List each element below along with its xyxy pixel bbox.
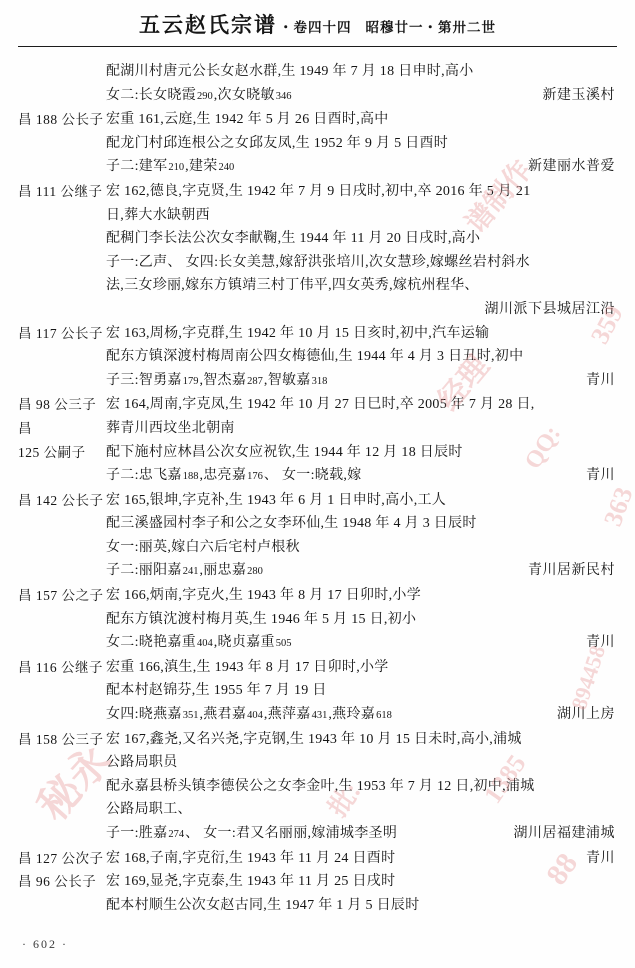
- entry-line-text: 子二:建军210,建荣240: [106, 155, 235, 180]
- entry-line-text: 宏 165,银坤,字克补,生 1943 年 6 月 1 日申时,高小,工人: [106, 489, 446, 513]
- entry-line: 葬青川西坟坐北朝南: [106, 417, 615, 441]
- generation-number: 404: [196, 638, 214, 649]
- generation-number: 351: [182, 710, 200, 721]
- entry-line-text: 宏 166,炳南,字克火,生 1943 年 8 月 17 日卯时,小学: [106, 584, 421, 608]
- entry-line: 配龙门村邱连根公之女邱友凤,生 1952 年 9 月 5 日酉时: [106, 132, 615, 156]
- genealogy-entry: 昌 127 公次子宏 168,子南,字克衍,生 1943 年 11 月 24 日…: [18, 847, 615, 871]
- entry-line-text: 配永嘉县桥头镇李德侯公之女李金叶,生 1953 年 7 月 12 日,初中,浦城: [106, 775, 535, 799]
- generation-number: 179: [182, 376, 200, 387]
- entry-father-label: 昌 111 公继子: [18, 180, 106, 322]
- entry-lines: 配湖川村唐元公长女赵水群,生 1949 年 7 月 18 日申时,高小女二:长女…: [106, 60, 615, 108]
- entry-line-text: 宏 167,鑫尧,又名兴尧,字克钢,生 1943 年 10 月 15 日未时,高…: [106, 728, 522, 752]
- entry-father-label: 昌 96 公长子: [18, 870, 106, 917]
- entry-line: 配东方镇深渡村梅周南公四女梅德仙,生 1944 年 4 月 3 日丑时,初中: [106, 345, 615, 369]
- entry-line-text: 宏 164,周南,字克凤,生 1942 年 10 月 27 日巳时,卒 2005…: [106, 393, 535, 417]
- residence-label: 新建丽水普爱: [528, 155, 615, 180]
- residence-label: 湖川居福建浦城: [514, 822, 616, 847]
- entry-father-label: 昌 158 公三子: [18, 728, 106, 847]
- residence-label: 青川居新民村: [528, 559, 615, 584]
- generation-number: 210: [167, 162, 185, 173]
- entry-lines: 宏 164,周南,字克凤,生 1942 年 10 月 27 日巳时,卒 2005…: [106, 393, 615, 488]
- genealogy-entry: 昌 157 公之子宏 166,炳南,字克火,生 1943 年 8 月 17 日卯…: [18, 584, 615, 656]
- genealogy-entry: 昌 142 公长子宏 165,银坤,字克补,生 1943 年 6 月 1 日申时…: [18, 489, 615, 584]
- entry-line: 配本村顺生公次女赵古同,生 1947 年 1 月 5 日辰时: [106, 894, 615, 918]
- residence-label: 青川: [586, 369, 615, 394]
- entry-line-text: 子二:丽阳嘉241,丽忠嘉280: [106, 559, 264, 584]
- entry-father-label: 昌 117 公长子: [18, 322, 106, 394]
- entry-line-text: 子一:胜嘉274、 女一:君又名丽丽,嫁浦城李圣明: [106, 822, 397, 847]
- entry-line-text: 配东方镇沈渡村梅月英,生 1946 年 5 月 15 日,初小: [106, 608, 416, 632]
- entry-line-text: 日,葬大水缺朝西: [106, 204, 210, 228]
- genealogy-entry: 昌 188 公长子宏重 161,云庭,生 1942 年 5 月 26 日酉时,高…: [18, 108, 615, 180]
- generation-number: 618: [375, 710, 393, 721]
- entry-line-text: 配龙门村邱连根公之女邱友凤,生 1952 年 9 月 5 日酉时: [106, 132, 448, 156]
- entry-lines: 宏 163,周杨,字克群,生 1942 年 10 月 15 日亥时,初中,汽车运…: [106, 322, 615, 394]
- entry-lines: 宏 168,子南,字克衍,生 1943 年 11 月 24 日酉时青川: [106, 847, 615, 871]
- entry-line: 公路局职工、: [106, 798, 615, 822]
- generation-number: 274: [167, 829, 185, 840]
- entry-line-text: 子二:忠飞嘉188,忠亮嘉176、 女一:晓载,嫁: [106, 464, 362, 489]
- entry-line: 宏 167,鑫尧,又名兴尧,字克钢,生 1943 年 10 月 15 日未时,高…: [106, 728, 615, 752]
- entry-line-text: 宏 168,子南,字克衍,生 1943 年 11 月 24 日酉时: [106, 847, 395, 871]
- residence-label: 新建玉溪村: [543, 84, 616, 109]
- entry-line: 公路局职员: [106, 751, 615, 775]
- residence-label: 湖川派下县城居江沿: [485, 298, 616, 322]
- genealogy-entry: 昌 117 公长子宏 163,周杨,字克群,生 1942 年 10 月 15 日…: [18, 322, 615, 394]
- entry-line-text: 女一:丽英,嫁白六后宅村卢根秋: [106, 536, 300, 560]
- page-header: 五云赵氏宗谱・卷四十四昭穆廿一・第卅二世: [0, 0, 635, 39]
- entry-lines: 宏 167,鑫尧,又名兴尧,字克钢,生 1943 年 10 月 15 日未时,高…: [106, 728, 615, 847]
- entry-line: 女一:丽英,嫁白六后宅村卢根秋: [106, 536, 615, 560]
- entry-line: 子一:乙声、 女四:长女美慧,嫁舒洪张培川,次女慧珍,嫁螺丝岩村斜水: [106, 251, 615, 275]
- entry-line-text: 配稠门李长法公次女李献鞠,生 1944 年 11 月 20 日戌时,高小: [106, 227, 480, 251]
- generation-number: 240: [218, 162, 236, 173]
- entry-line: 配湖川村唐元公长女赵水群,生 1949 年 7 月 18 日申时,高小: [106, 60, 615, 84]
- entry-father-label: 昌 127 公次子: [18, 847, 106, 871]
- entry-line-text: 葬青川西坟坐北朝南: [106, 417, 235, 441]
- generation-number: 176: [246, 471, 264, 482]
- genealogy-entry: 昌 96 公长子宏 169,显尧,字克泰,生 1943 年 11 月 25 日戌…: [18, 870, 615, 917]
- entry-line: 女二:长女晓霞290,次女晓敏346新建玉溪村: [106, 84, 615, 109]
- entry-line-text: 子一:乙声、 女四:长女美慧,嫁舒洪张培川,次女慧珍,嫁螺丝岩村斜水: [106, 251, 530, 275]
- entry-line: 子三:智勇嘉179,智杰嘉287,智敏嘉318青川: [106, 369, 615, 394]
- volume-title: ・卷四十四: [279, 20, 352, 35]
- generation-number: 290: [196, 91, 214, 102]
- genealogy-entry: 昌 116 公继子宏重 166,滇生,生 1943 年 8 月 17 日卯时,小…: [18, 656, 615, 728]
- genealogy-page: 五云赵氏宗谱・卷四十四昭穆廿一・第卅二世 配湖川村唐元公长女赵水群,生 1949…: [0, 0, 635, 968]
- generation-number: 280: [246, 566, 264, 577]
- generation-number: 346: [275, 91, 293, 102]
- residence-label: 青川: [586, 631, 615, 656]
- entry-father-label: 昌 188 公长子: [18, 108, 106, 180]
- entry-line: 日,葬大水缺朝西: [106, 204, 615, 228]
- generation-number: 431: [311, 710, 329, 721]
- generation-number: 404: [246, 710, 264, 721]
- entry-line-text: 配三溪盛园村李子和公之女李环仙,生 1948 年 4 月 3 日辰时: [106, 512, 477, 536]
- entry-lines: 宏 169,显尧,字克泰,生 1943 年 11 月 25 日戌时配本村顺生公次…: [106, 870, 615, 917]
- entry-line: 宏 164,周南,字克凤,生 1942 年 10 月 27 日巳时,卒 2005…: [106, 393, 615, 417]
- entry-line: 宏 162,德良,字克贤,生 1942 年 7 月 9 日戌时,初中,卒 201…: [106, 180, 615, 204]
- entry-father-label: [18, 60, 106, 108]
- entry-line-text: 法,三女珍丽,嫁东方镇靖三村丁伟平,四女英秀,嫁杭州程华、: [106, 274, 479, 298]
- entry-line-text: 宏重 166,滇生,生 1943 年 8 月 17 日卯时,小学: [106, 656, 389, 680]
- entry-line: 湖川派下县城居江沿: [106, 298, 615, 322]
- generation-number: 188: [182, 471, 200, 482]
- entry-line-text: 女二:长女晓霞290,次女晓敏346: [106, 84, 293, 109]
- entry-father-label: 昌 98 公三子昌 125 公嗣子: [18, 393, 106, 488]
- entry-line: 配永嘉县桥头镇李德侯公之女李金叶,生 1953 年 7 月 12 日,初中,浦城: [106, 775, 615, 799]
- genealogy-entry: 配湖川村唐元公长女赵水群,生 1949 年 7 月 18 日申时,高小女二:长女…: [18, 60, 615, 108]
- entry-line: 配三溪盛园村李子和公之女李环仙,生 1948 年 4 月 3 日辰时: [106, 512, 615, 536]
- entry-line-text: 女四:晓燕嘉351,燕君嘉404,燕萍嘉431,燕玲嘉618: [106, 703, 393, 728]
- entry-lines: 宏重 161,云庭,生 1942 年 5 月 26 日酉时,高中配龙门村邱连根公…: [106, 108, 615, 180]
- entry-line-text: 女二:晓艳嘉重404,晓贞嘉重505: [106, 631, 293, 656]
- entry-line-text: 公路局职工、: [106, 798, 192, 822]
- genealogy-entry: 昌 98 公三子昌 125 公嗣子宏 164,周南,字克凤,生 1942 年 1…: [18, 393, 615, 488]
- entry-line: 子二:丽阳嘉241,丽忠嘉280青川居新民村: [106, 559, 615, 584]
- entry-line-text: 宏 162,德良,字克贤,生 1942 年 7 月 9 日戌时,初中,卒 201…: [106, 180, 531, 204]
- entry-line-text: 宏 169,显尧,字克泰,生 1943 年 11 月 25 日戌时: [106, 870, 395, 894]
- generation-number: 287: [246, 376, 264, 387]
- entry-line-text: 公路局职员: [106, 751, 178, 775]
- entry-lines: 宏 165,银坤,字克补,生 1943 年 6 月 1 日申时,高小,工人配三溪…: [106, 489, 615, 584]
- book-title: 五云赵氏宗谱: [139, 13, 277, 37]
- residence-label: 青川: [586, 847, 615, 871]
- entry-line: 法,三女珍丽,嫁东方镇靖三村丁伟平,四女英秀,嫁杭州程华、: [106, 274, 615, 298]
- entry-line-text: 配本村赵锦芬,生 1955 年 7 月 19 日: [106, 679, 327, 703]
- entry-line: 子二:忠飞嘉188,忠亮嘉176、 女一:晓载,嫁青川: [106, 464, 615, 489]
- entry-line-text: 配湖川村唐元公长女赵水群,生 1949 年 7 月 18 日申时,高小: [106, 60, 474, 84]
- entry-father-label: 昌 157 公之子: [18, 584, 106, 656]
- entry-line: 配本村赵锦芬,生 1955 年 7 月 19 日: [106, 679, 615, 703]
- entry-line-text: 宏重 161,云庭,生 1942 年 5 月 26 日酉时,高中: [106, 108, 389, 132]
- entry-father-label: 昌 116 公继子: [18, 656, 106, 728]
- residence-label: 湖川上房: [557, 703, 615, 728]
- entry-line: 宏重 161,云庭,生 1942 年 5 月 26 日酉时,高中: [106, 108, 615, 132]
- entry-line: 配东方镇沈渡村梅月英,生 1946 年 5 月 15 日,初小: [106, 608, 615, 632]
- entry-line: 女四:晓燕嘉351,燕君嘉404,燕萍嘉431,燕玲嘉618湖川上房: [106, 703, 615, 728]
- genealogy-entry: 昌 111 公继子宏 162,德良,字克贤,生 1942 年 7 月 9 日戌时…: [18, 180, 615, 322]
- entry-line: 女二:晓艳嘉重404,晓贞嘉重505青川: [106, 631, 615, 656]
- generation-subtitle: 昭穆廿一・第卅二世: [366, 20, 497, 35]
- genealogy-entry: 昌 158 公三子宏 167,鑫尧,又名兴尧,字克钢,生 1943 年 10 月…: [18, 728, 615, 847]
- entry-line: 配下施村应林昌公次女应祝钦,生 1944 年 12 月 18 日辰时: [106, 441, 615, 465]
- entry-line: 宏重 166,滇生,生 1943 年 8 月 17 日卯时,小学: [106, 656, 615, 680]
- entry-line-text: 配本村顺生公次女赵古同,生 1947 年 1 月 5 日辰时: [106, 894, 420, 918]
- entry-lines: 宏 162,德良,字克贤,生 1942 年 7 月 9 日戌时,初中,卒 201…: [106, 180, 615, 322]
- entry-lines: 宏 166,炳南,字克火,生 1943 年 8 月 17 日卯时,小学配东方镇沈…: [106, 584, 615, 656]
- entry-line: 配稠门李长法公次女李献鞠,生 1944 年 11 月 20 日戌时,高小: [106, 227, 615, 251]
- entry-line: 宏 169,显尧,字克泰,生 1943 年 11 月 25 日戌时: [106, 870, 615, 894]
- entry-line: 宏 165,银坤,字克补,生 1943 年 6 月 1 日申时,高小,工人: [106, 489, 615, 513]
- entry-line-text: 宏 163,周杨,字克群,生 1942 年 10 月 15 日亥时,初中,汽车运…: [106, 322, 489, 346]
- entries-list: 配湖川村唐元公长女赵水群,生 1949 年 7 月 18 日申时,高小女二:长女…: [0, 47, 635, 917]
- entry-father-label: 昌 142 公长子: [18, 489, 106, 584]
- generation-number: 241: [182, 566, 200, 577]
- entry-line: 子二:建军210,建荣240新建丽水普爱: [106, 155, 615, 180]
- entry-line-text: 配下施村应林昌公次女应祝钦,生 1944 年 12 月 18 日辰时: [106, 441, 463, 465]
- generation-number: 505: [275, 638, 293, 649]
- page-number: · 602 ·: [22, 937, 68, 952]
- entry-line: 子一:胜嘉274、 女一:君又名丽丽,嫁浦城李圣明湖川居福建浦城: [106, 822, 615, 847]
- residence-label: 青川: [586, 464, 615, 489]
- entry-line: 宏 163,周杨,字克群,生 1942 年 10 月 15 日亥时,初中,汽车运…: [106, 322, 615, 346]
- entry-lines: 宏重 166,滇生,生 1943 年 8 月 17 日卯时,小学配本村赵锦芬,生…: [106, 656, 615, 728]
- entry-line-text: 配东方镇深渡村梅周南公四女梅德仙,生 1944 年 4 月 3 日丑时,初中: [106, 345, 523, 369]
- entry-line-text: 子三:智勇嘉179,智杰嘉287,智敏嘉318: [106, 369, 328, 394]
- entry-line: 宏 168,子南,字克衍,生 1943 年 11 月 24 日酉时青川: [106, 847, 615, 871]
- entry-line: 宏 166,炳南,字克火,生 1943 年 8 月 17 日卯时,小学: [106, 584, 615, 608]
- generation-number: 318: [311, 376, 329, 387]
